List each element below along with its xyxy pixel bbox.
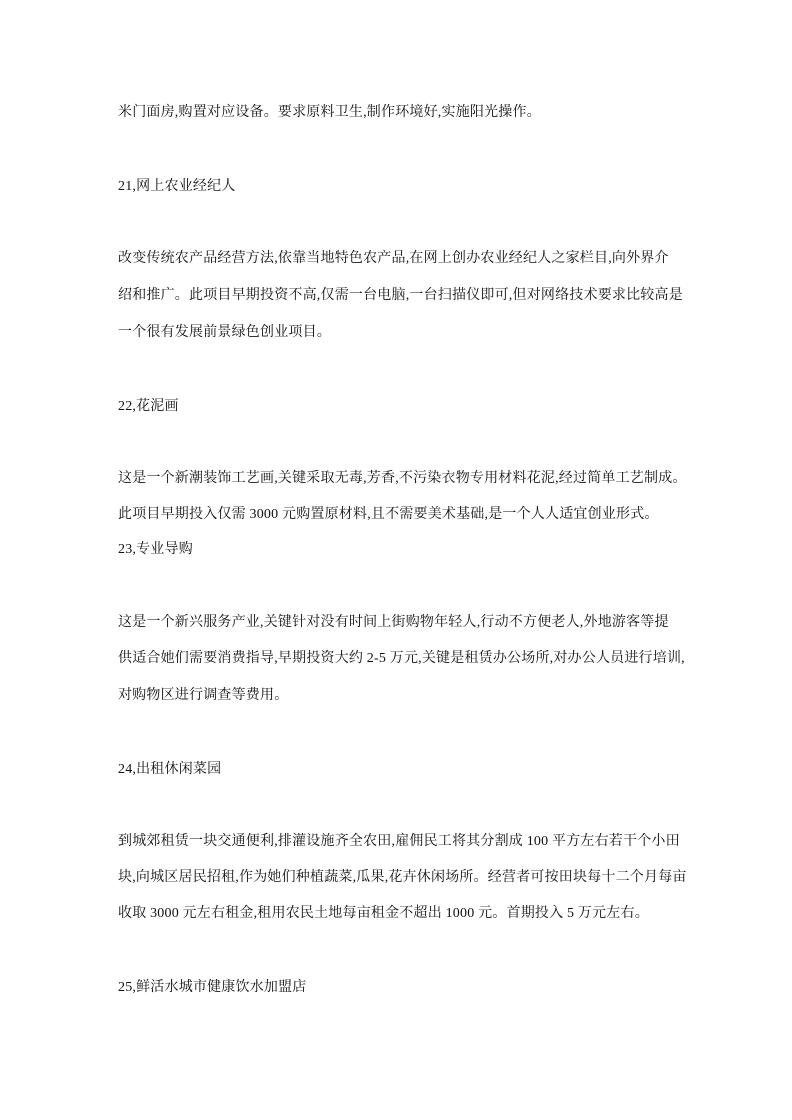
paragraph-line: 一个很有发展前景绿色创业项目。 <box>118 324 331 342</box>
section-heading-21: 21,网上农业经纪人 <box>118 178 236 196</box>
paragraph-line: 到城郊租赁一块交通便利,排灌设施齐全农田,雇佣民工将其分割成 100 平方左右若… <box>118 833 680 851</box>
section-heading-25: 25,鲜活水城市健康饮水加盟店 <box>118 979 307 997</box>
paragraph-line: 米门面房,购置对应设备。要求原料卫生,制作环境好,实施阳光操作。 <box>118 104 541 122</box>
paragraph-line: 供适合她们需要消费指导,早期投资大约 2-5 万元,关键是租赁办公场所,对办公人… <box>118 650 685 668</box>
paragraph-line: 改变传统农产品经营方法,依靠当地特色农产品,在网上创办农业经纪人之家栏目,向外界… <box>118 250 669 268</box>
paragraph-line: 对购物区进行调查等费用。 <box>118 687 288 705</box>
document-page: 米门面房,购置对应设备。要求原料卫生,制作环境好,实施阳光操作。 21,网上农业… <box>0 0 792 1120</box>
section-heading-22: 22,花泥画 <box>118 398 179 416</box>
paragraph-line: 绍和推广。此项目早期投资不高,仅需一台电脑,一台扫描仪即可,但对网络技术要求比较… <box>118 287 683 305</box>
paragraph-line: 块,向城区居民招租,作为她们种植蔬菜,瓜果,花卉休闲场所。经营者可按田块每十二个… <box>118 869 687 887</box>
section-heading-24: 24,出租休闲菜园 <box>118 761 221 779</box>
paragraph-line: 此项目早期投入仅需 3000 元购置原材料,且不需要美术基础,是一个人人适宜创业… <box>118 506 659 524</box>
paragraph-line: 收取 3000 元左右租金,租用农民土地每亩租金不超出 1000 元。首期投入 … <box>118 905 649 923</box>
section-heading-23: 23,专业导购 <box>118 541 193 559</box>
paragraph-line: 这是一个新潮装饰工艺画,关键采取无毒,芳香,不污染衣物专用材料花泥,经过简单工艺… <box>118 470 687 488</box>
paragraph-line: 这是一个新兴服务产业,关键针对没有时间上街购物年轻人,行动不方便老人,外地游客等… <box>118 614 669 632</box>
